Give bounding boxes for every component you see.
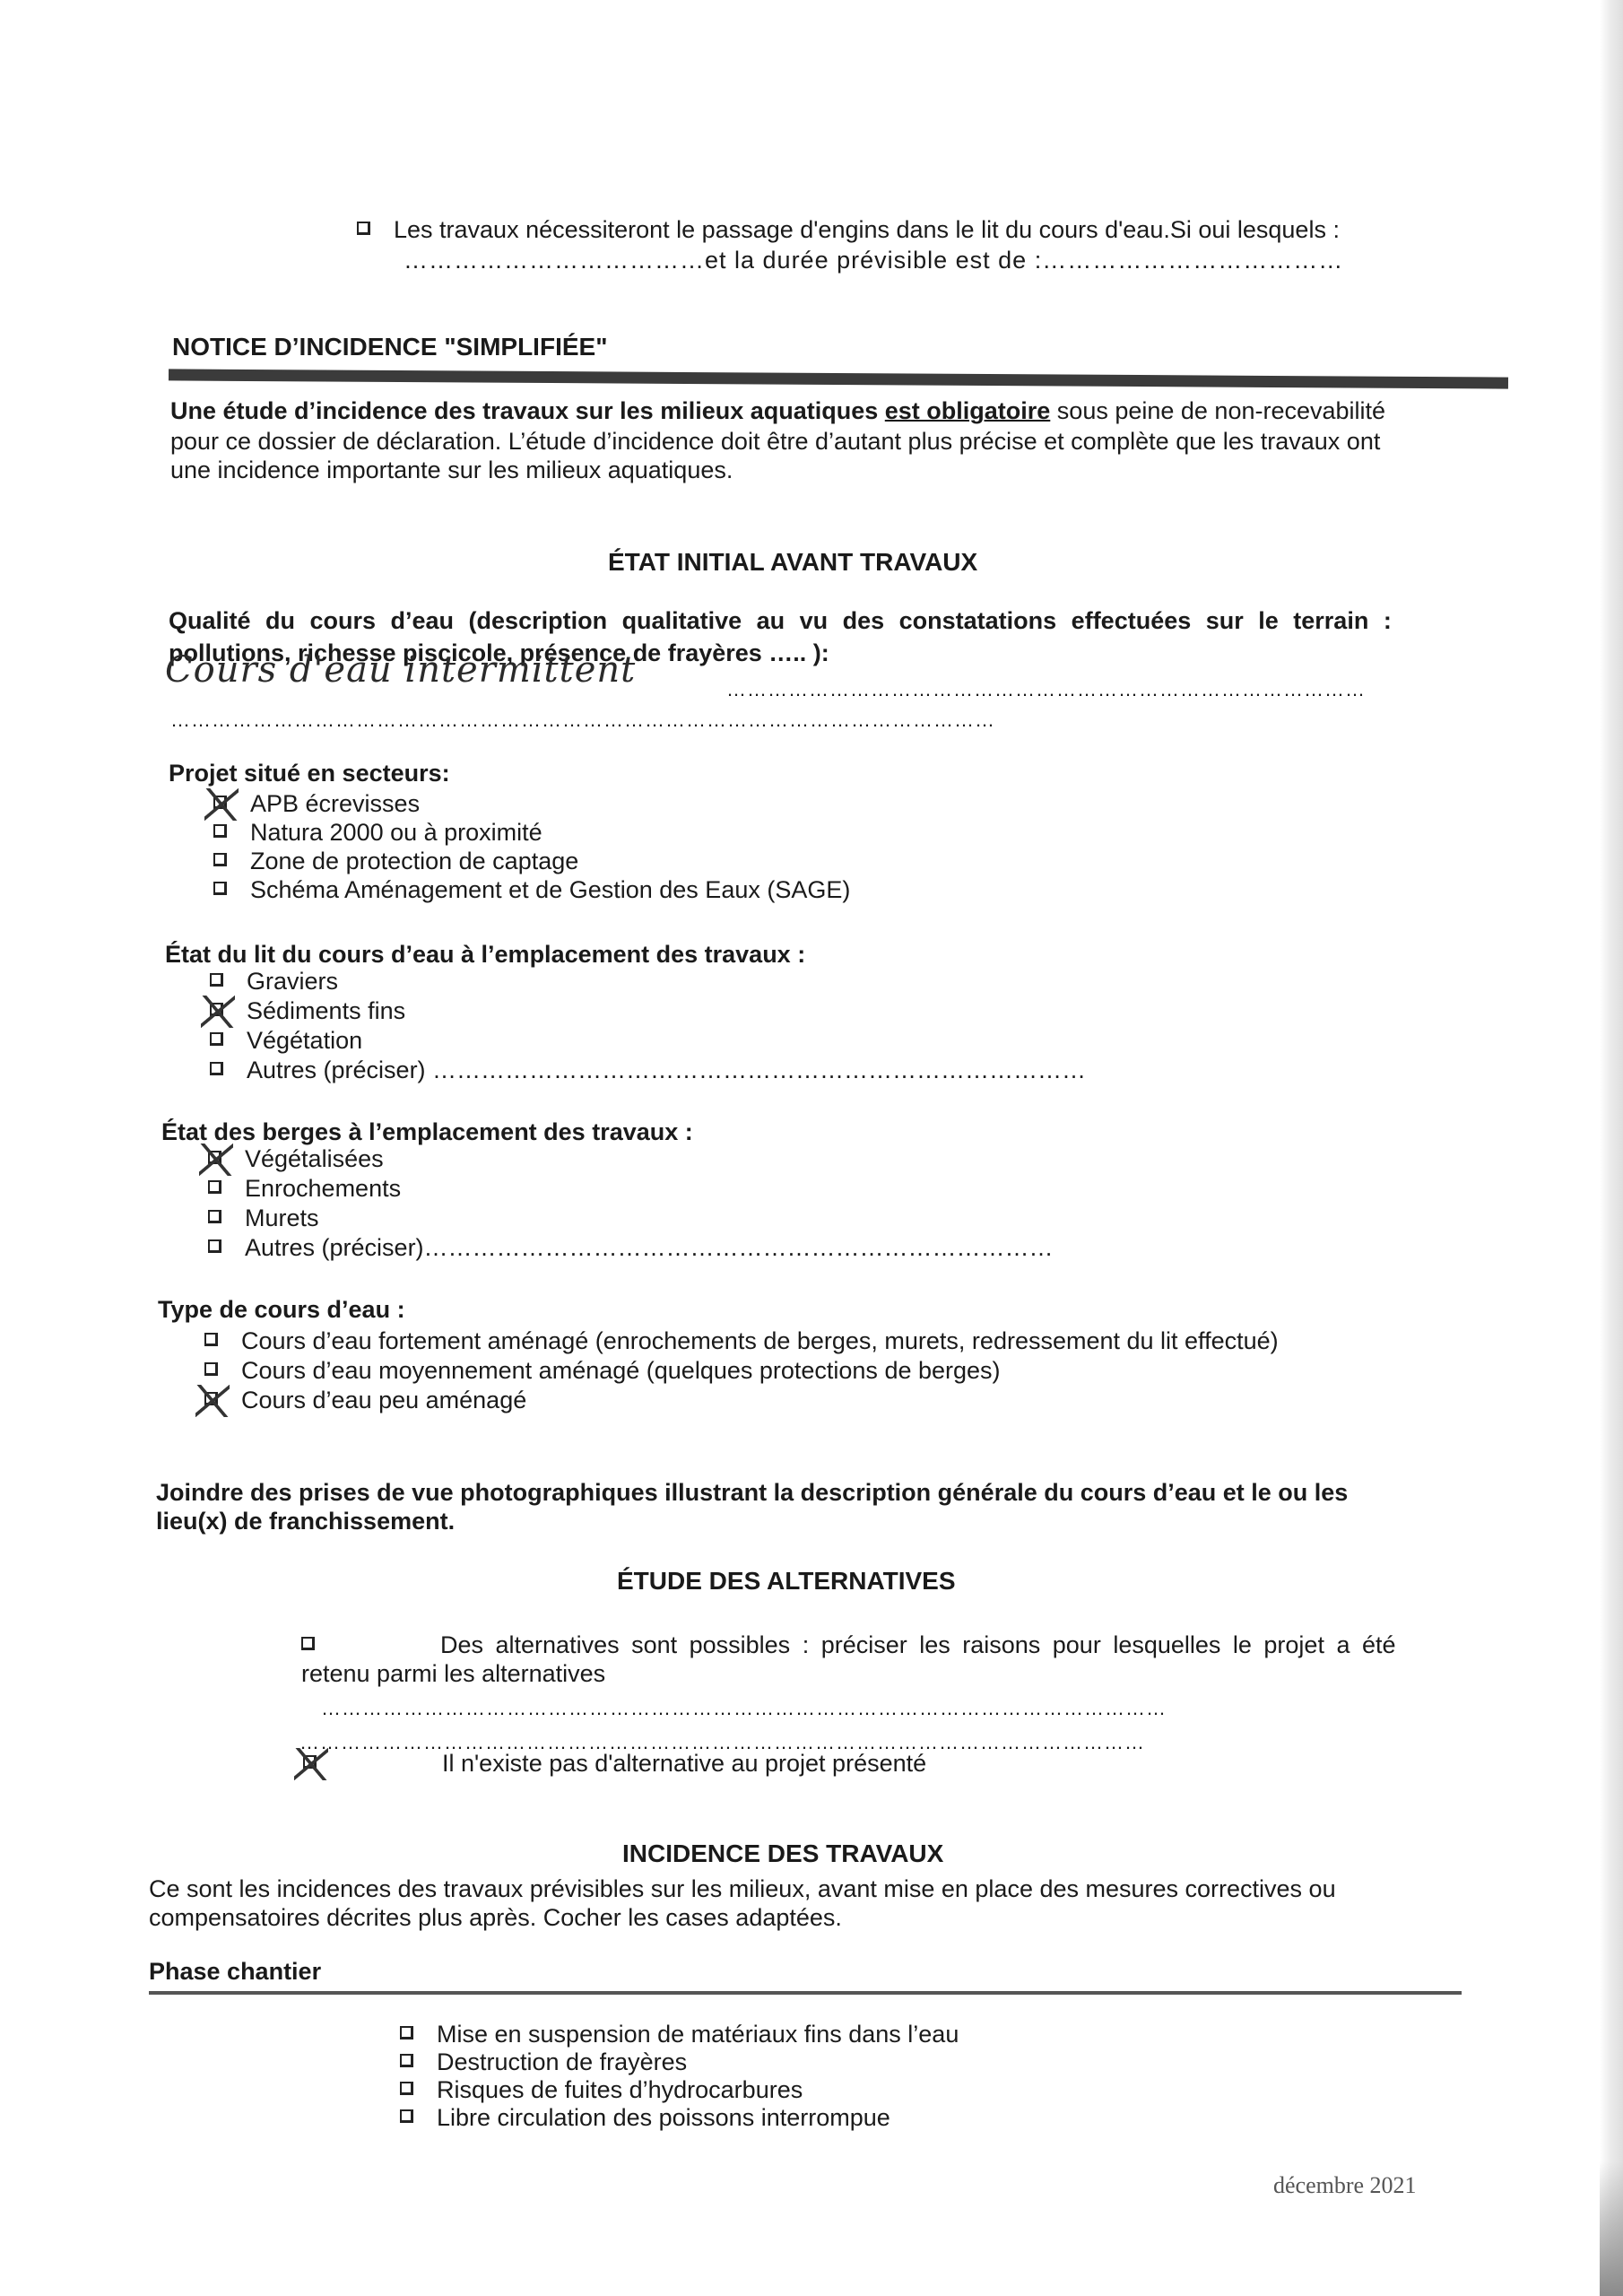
secteurs-title: Projet situé en secteurs: xyxy=(169,759,450,788)
qualite-line1: Qualité du cours d’eau (description qual… xyxy=(169,606,1392,636)
secteur-item: Schéma Aménagement et de Gestion des Eau… xyxy=(213,875,850,904)
type-cours-item: Cours d’eau fortement aménagé (enrocheme… xyxy=(204,1326,1279,1355)
phase-chantier-checkbox-0[interactable] xyxy=(400,2026,413,2039)
secteur-checkbox-1[interactable] xyxy=(213,824,227,838)
phase-chantier-label: Libre circulation des poissons interromp… xyxy=(437,2104,890,2131)
type-cours-label: Cours d’eau fortement aménagé (enrocheme… xyxy=(241,1327,1279,1354)
lit-checkbox-3[interactable] xyxy=(210,1062,223,1075)
type-cours-title: Type de cours d’eau : xyxy=(158,1295,405,1325)
secteur-label: Schéma Aménagement et de Gestion des Eau… xyxy=(250,876,850,903)
notice-title-bar xyxy=(169,369,1508,388)
notice-intro-line3: une incidence importante sur les milieux… xyxy=(170,456,733,485)
footer-date: décembre 2021 xyxy=(1273,2172,1417,2199)
secteur-item: APB écrevisses xyxy=(213,789,420,818)
etat-initial-title: ÉTAT INITIAL AVANT TRAVAUX xyxy=(608,547,977,577)
page-edge-shadow xyxy=(1600,0,1623,2296)
berge-item: Végétalisées xyxy=(208,1144,384,1173)
phase-chantier-label: Destruction de frayères xyxy=(437,2048,687,2075)
alternatives-title: ÉTUDE DES ALTERNATIVES xyxy=(617,1566,956,1596)
qualite-answer-dots2[interactable]: ………………………………………………………………………………………………………… xyxy=(170,705,995,735)
berge-checkbox-0[interactable] xyxy=(208,1151,221,1164)
qualite-answer-dots1: ………………………………………………………………………………… xyxy=(726,674,1366,704)
lit-label: Sédiments fins xyxy=(247,997,405,1024)
phase-chantier-item: Destruction de frayères xyxy=(400,2048,687,2076)
type-cours-checkbox-1[interactable] xyxy=(204,1362,218,1376)
phase-chantier-item: Libre circulation des poissons interromp… xyxy=(400,2103,890,2132)
berge-item: Autres (préciser)……………………………………………………………… xyxy=(208,1233,1054,1262)
berge-item: Murets xyxy=(208,1204,319,1232)
alternatives-option1-text: Des alternatives sont possibles : précis… xyxy=(440,1631,1396,1658)
berge-label: Murets xyxy=(245,1205,319,1231)
alternatives-option2-line: Il n'existe pas d'alternative au projet … xyxy=(303,1749,926,1779)
incidence-line2: compensatoires décrites plus après. Coch… xyxy=(149,1903,842,1933)
photos-line2: lieu(x) de franchissement. xyxy=(156,1507,455,1536)
berge-checkbox-3[interactable] xyxy=(208,1239,221,1253)
alternatives-dots1[interactable]: …………………………………………………………………………………………………………… xyxy=(321,1693,1167,1723)
secteur-label: Natura 2000 ou à proximité xyxy=(250,819,542,846)
phase-chantier-label: Risques de fuites d’hydrocarbures xyxy=(437,2076,803,2103)
type-cours-item: Cours d’eau moyennement aménagé (quelque… xyxy=(204,1356,1001,1385)
lit-checkbox-2[interactable] xyxy=(210,1032,223,1046)
lit-checkbox-1[interactable] xyxy=(210,1003,223,1016)
engins-line: Les travaux nécessiteront le passage d'e… xyxy=(357,215,1340,245)
lit-label: Graviers xyxy=(247,968,338,995)
phase-chantier-rule xyxy=(149,1991,1462,1995)
berge-checkbox-2[interactable] xyxy=(208,1210,221,1223)
engins-text: Les travaux nécessiteront le passage d'e… xyxy=(394,216,1340,243)
type-cours-label: Cours d’eau peu aménagé xyxy=(241,1387,526,1413)
photos-line1: Joindre des prises de vue photographique… xyxy=(156,1478,1348,1508)
phase-chantier-checkbox-1[interactable] xyxy=(400,2054,413,2067)
secteur-label: Zone de protection de captage xyxy=(250,848,578,874)
lit-item: Autres (préciser) …………………………………………………………… xyxy=(210,1056,1086,1084)
lit-label: Végétation xyxy=(247,1027,362,1054)
berge-label: Végétalisées xyxy=(245,1145,384,1172)
alternatives-option2-text: Il n'existe pas d'alternative au projet … xyxy=(442,1750,926,1777)
secteur-checkbox-3[interactable] xyxy=(213,882,227,895)
alternatives-option1-checkbox[interactable] xyxy=(301,1637,315,1650)
phase-chantier-checkbox-3[interactable] xyxy=(400,2109,413,2123)
alternatives-option1-line1: Des alternatives sont possibles : précis… xyxy=(301,1631,1396,1660)
lit-label: Autres (préciser) …………………………………………………………… xyxy=(247,1057,1086,1083)
notice-title: NOTICE D’INCIDENCE "SIMPLIFIÉE" xyxy=(172,332,607,361)
phase-chantier-title: Phase chantier xyxy=(149,1957,321,1987)
berge-label: Autres (préciser)……………………………………………………………… xyxy=(245,1234,1054,1261)
phase-chantier-checkbox-2[interactable] xyxy=(400,2082,413,2095)
berge-label: Enrochements xyxy=(245,1175,401,1202)
type-cours-checkbox-0[interactable] xyxy=(204,1333,218,1346)
phase-chantier-label: Mise en suspension de matériaux fins dan… xyxy=(437,2021,959,2048)
berge-checkbox-1[interactable] xyxy=(208,1180,221,1194)
type-cours-checkbox-2[interactable] xyxy=(204,1392,218,1405)
berges-title: État des berges à l’emplacement des trav… xyxy=(161,1118,693,1147)
secteur-item: Natura 2000 ou à proximité xyxy=(213,818,542,847)
secteur-checkbox-0[interactable] xyxy=(213,796,227,809)
notice-intro-line2: pour ce dossier de déclaration. L’étude … xyxy=(170,427,1380,457)
incidence-title: INCIDENCE DES TRAVAUX xyxy=(622,1839,943,1868)
notice-intro-rest: sous peine de non-recevabilité xyxy=(1050,397,1385,424)
secteur-checkbox-2[interactable] xyxy=(213,853,227,866)
engins-answer-line[interactable]: ………………………………et la durée prévisible est d… xyxy=(404,246,1343,275)
lit-item: Sédiments fins xyxy=(210,996,405,1025)
phase-chantier-item: Mise en suspension de matériaux fins dan… xyxy=(400,2020,959,2048)
secteur-label: APB écrevisses xyxy=(250,790,420,817)
berge-item: Enrochements xyxy=(208,1174,401,1203)
notice-intro-line1: Une étude d’incidence des travaux sur le… xyxy=(170,396,1385,426)
secteur-item: Zone de protection de captage xyxy=(213,847,578,875)
alternatives-option2-checkbox[interactable] xyxy=(303,1755,317,1769)
engins-checkbox[interactable] xyxy=(357,222,370,235)
qualite-handwritten-answer[interactable]: Cours d'eau intermittent xyxy=(165,649,636,691)
phase-chantier-item: Risques de fuites d’hydrocarbures xyxy=(400,2075,803,2104)
alternatives-option1-line2: retenu parmi les alternatives xyxy=(301,1659,605,1689)
type-cours-label: Cours d’eau moyennement aménagé (quelque… xyxy=(241,1357,1001,1384)
lit-item: Graviers xyxy=(210,967,338,996)
type-cours-item: Cours d’eau peu aménagé xyxy=(204,1386,526,1414)
lit-item: Végétation xyxy=(210,1026,362,1055)
notice-intro-bold: Une étude d’incidence des travaux sur le… xyxy=(170,397,885,424)
lit-checkbox-0[interactable] xyxy=(210,973,223,987)
lit-title: État du lit du cours d’eau à l’emplaceme… xyxy=(165,940,805,970)
incidence-line1: Ce sont les incidences des travaux prévi… xyxy=(149,1874,1336,1904)
notice-obligatoire: est obligatoire xyxy=(885,397,1051,424)
